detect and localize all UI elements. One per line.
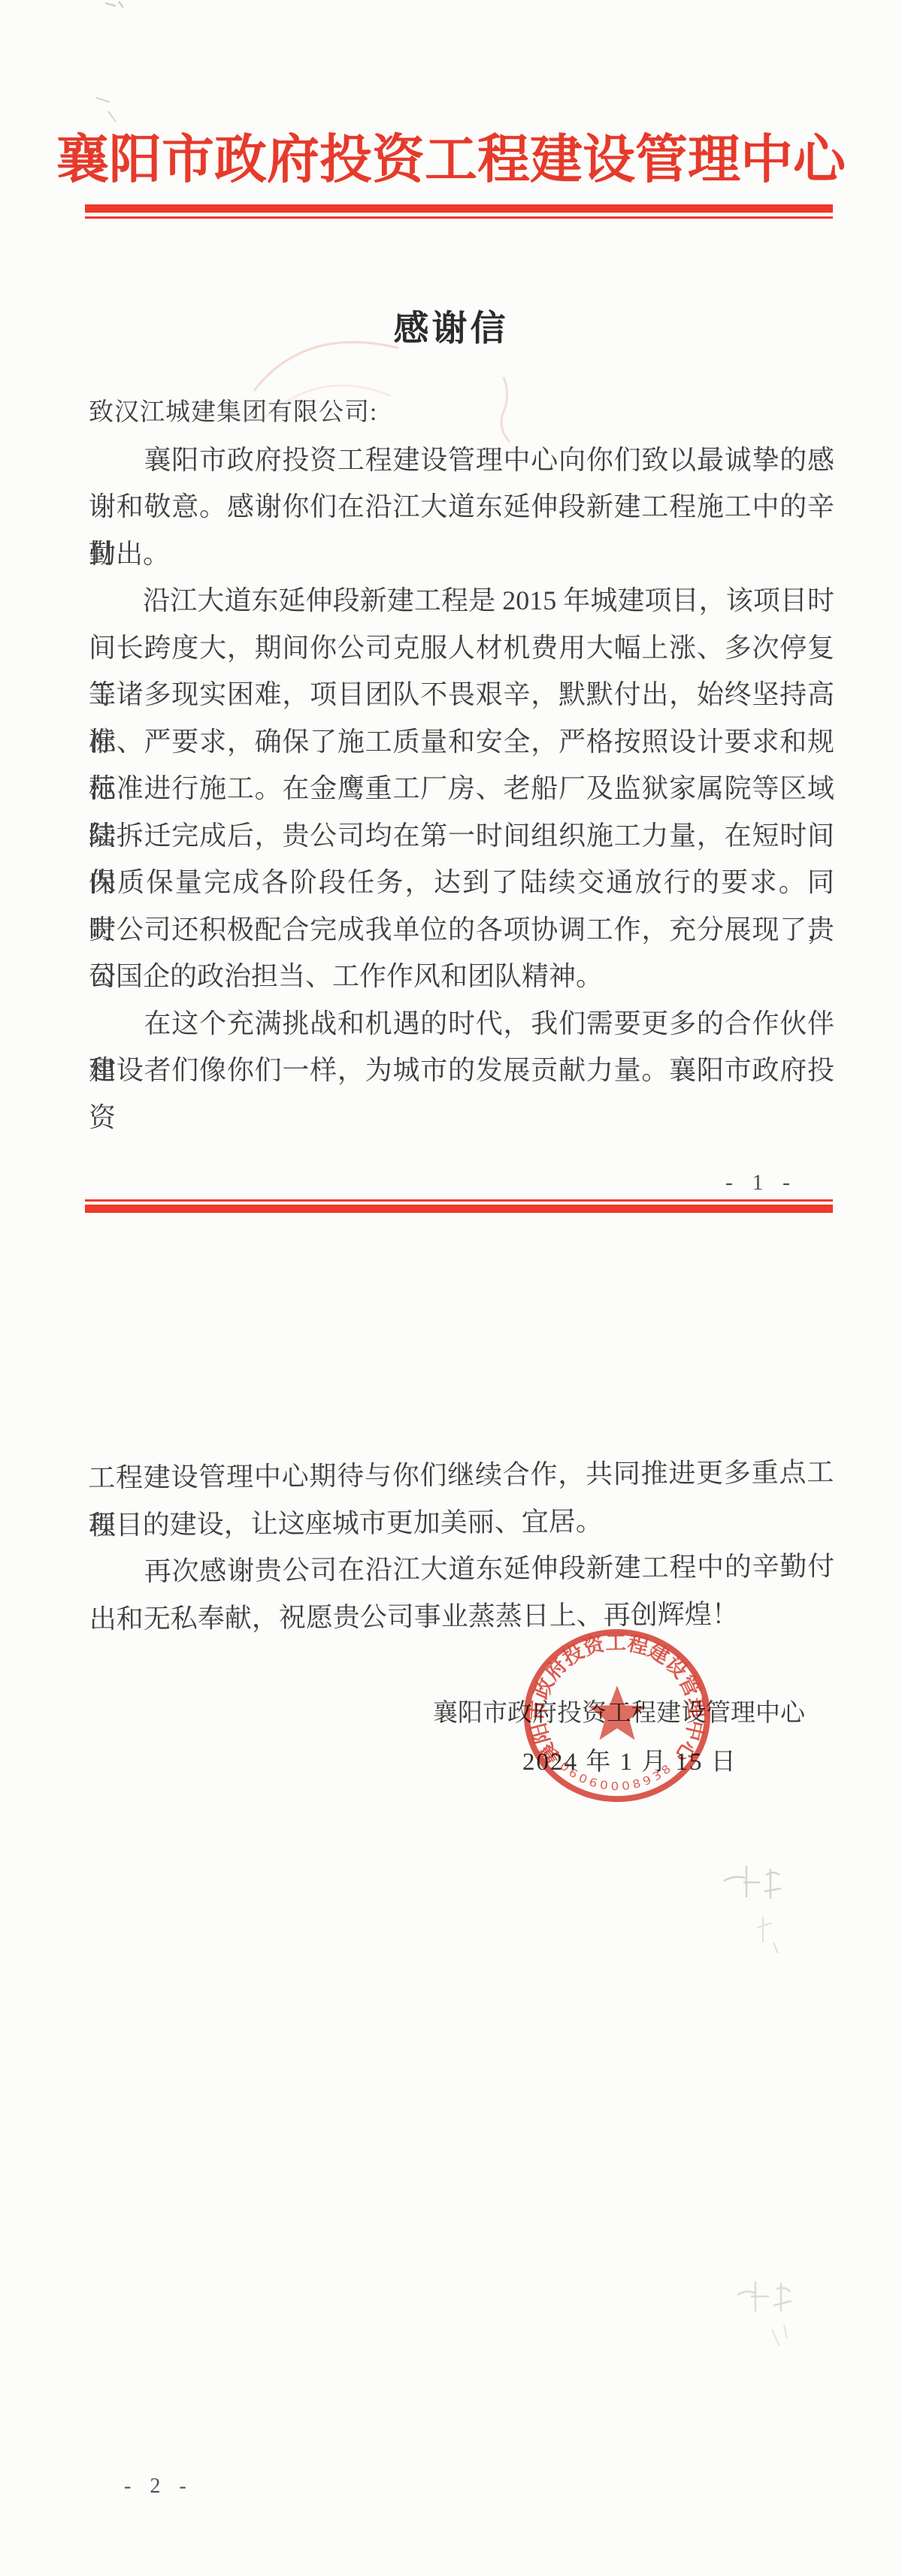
text-line: 间长跨度大，期间你公司克服人材机费用大幅上涨、多次停复工 — [89, 624, 834, 672]
scan-speck-artifact — [89, 0, 156, 132]
letterhead-rule-thin — [85, 216, 833, 219]
footer-rule-thick — [85, 1205, 833, 1213]
text-line: 襄阳市政府投资工程建设管理中心向你们致以最诚挚的感 — [89, 437, 834, 484]
page1-number: - 1 - — [725, 1170, 797, 1196]
ink-smudge-artifact-1 — [710, 1852, 823, 1965]
official-seal-stamp: 襄阳市政府投资工程建设管理中心 06060008938 — [519, 1628, 715, 1808]
letterhead-rule-thick — [85, 204, 833, 213]
page2-body: 工程建设管理中心期待与你们继续合作，共同推进更多重点工程项目的建设，让这座城市更… — [88, 1449, 835, 1643]
text-line: 付出。 — [89, 531, 834, 578]
seal-star-icon — [589, 1686, 646, 1740]
footer-rule-thin — [85, 1199, 833, 1202]
text-line: 等诸多现实困难，项目团队不畏艰辛，默默付出，始终坚持高标 — [89, 671, 834, 718]
text-line: 准、严要求，确保了施工质量和安全，严格按照设计要求和规范 — [89, 718, 834, 766]
page2-number: - 2 - — [124, 2475, 193, 2499]
text-line: 贵公司还积极配合完成我单位的各项协调工作，充分展现了贵公 — [89, 906, 834, 954]
page1-body: 致汉江城建集团有限公司: 襄阳市政府投资工程建设管理中心向你们致以最诚挚的感谢和… — [89, 389, 834, 1094]
text-line: 保质保量完成各阶段任务，达到了陆续交通放行的要求。同时， — [89, 859, 834, 906]
text-line: 谢和敬意。感谢你们在沿江大道东延伸段新建工程施工中的辛勤 — [89, 483, 834, 531]
text-line: 致汉江城建集团有限公司: — [89, 389, 834, 437]
text-line: 出和无私奉献，祝愿贵公司事业蒸蒸日上、再创辉煌！ — [89, 1590, 835, 1643]
text-line: 标准进行施工。在金鹰重工厂房、老船厂及监狱家属院等区域陆 — [89, 765, 834, 812]
text-line: 建设者们像你们一样，为城市的发展贡献力量。襄阳市政府投资 — [89, 1047, 834, 1094]
text-line: 司国企的政治担当、工作作风和团队精神。 — [89, 953, 834, 1000]
text-line: 续拆迁完成后，贵公司均在第一时间组织施工力量，在短时间内 — [89, 812, 834, 860]
letter-title: 感谢信 — [0, 301, 902, 351]
ink-smudge-artifact-2 — [718, 2269, 823, 2367]
text-line: 在这个充满挑战和机遇的时代，我们需要更多的合作伙伴和 — [89, 1000, 834, 1048]
text-line: 项目的建设，让这座城市更加美丽、宜居。 — [89, 1496, 834, 1549]
letterhead-org-title: 襄阳市政府投资工程建设管理中心 — [0, 117, 902, 193]
scanned-letter: 襄阳市政府投资工程建设管理中心 感谢信 致汉江城建集团有限公司: 襄阳市政府投资… — [0, 0, 902, 2576]
text-line: 再次感谢贵公司在沿江大道东延伸段新建工程中的辛勤付 — [89, 1543, 834, 1595]
text-line: 工程建设管理中心期待与你们继续合作，共同推进更多重点工程 — [88, 1449, 834, 1501]
text-line: 沿江大道东延伸段新建工程是 2015 年城建项目，该项目时 — [89, 577, 834, 624]
